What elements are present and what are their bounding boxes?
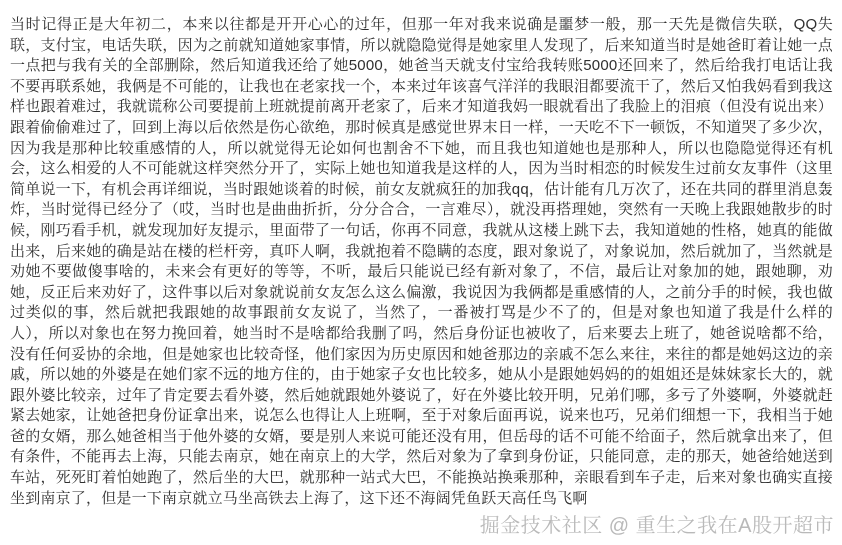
article-body: 当时记得正是大年初二，本来以往都是开开心心的过年，但那一年对我来说确是噩梦一般，… [0, 0, 842, 545]
watermark: 掘金技术社区 @ 重生之我在A股开超市 [480, 509, 834, 538]
page: 当时记得正是大年初二，本来以往都是开开心心的过年，但那一年对我来说确是噩梦一般，… [0, 0, 842, 545]
story-paragraph: 当时记得正是大年初二，本来以往都是开开心心的过年，但那一年对我来说确是噩梦一般，… [10, 15, 833, 509]
